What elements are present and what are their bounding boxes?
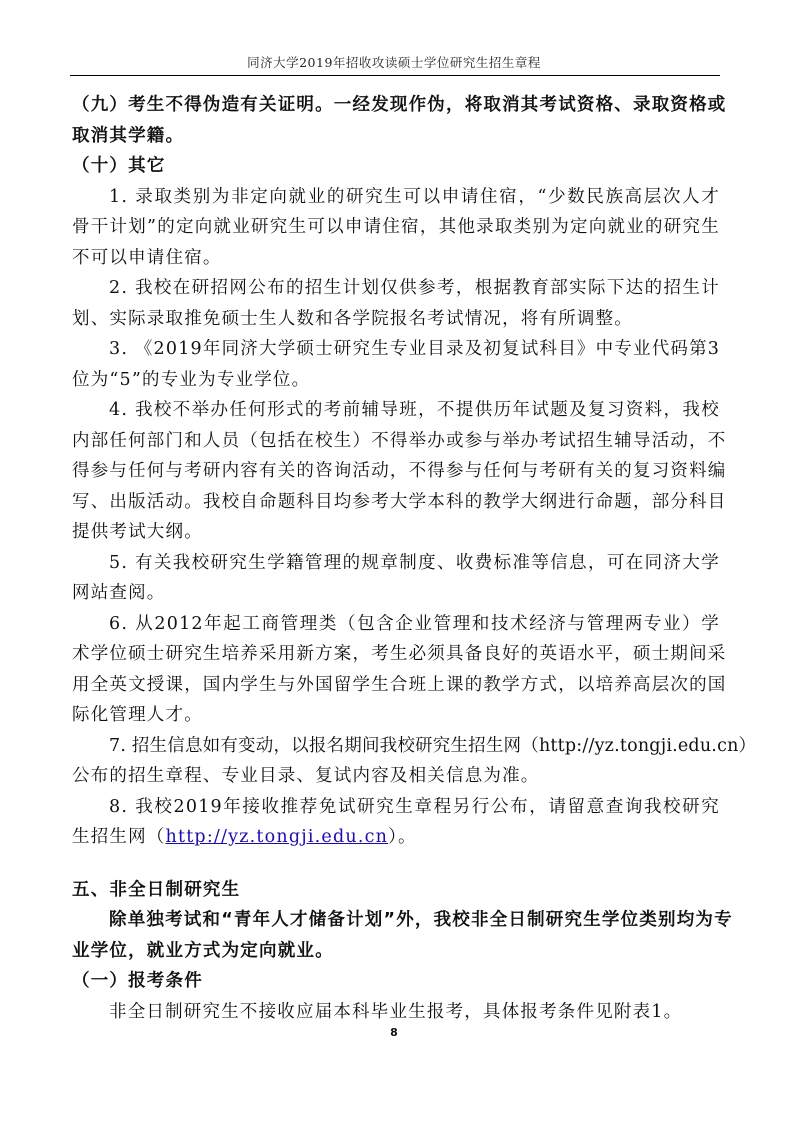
paragraph-line: 划、实际录取推免硕士生人数和各学院报名考试情况，将有所调整。 <box>72 304 720 335</box>
paragraph-line: 术学位硕士研究生培养采用新方案，考生必须具备良好的英语水平，硕士期间采 <box>72 639 720 670</box>
paragraph-line: 8. 我校2019年接收推荐免试研究生章程另行公布，请留意查询我校研究 <box>72 792 720 823</box>
text-prefix: 生招生网（ <box>72 827 166 847</box>
paragraph-line: 生招生网（http://yz.tongji.edu.cn）。 <box>72 822 720 853</box>
paragraph-line: 内部任何部门和人员（包括在校生）不得举办或参与举办考试招生辅导活动，不 <box>72 426 720 457</box>
section-nine-heading: （九）考生不得伪造有关证明。一经发现作伪，将取消其考试资格、录取资格或 取消其学… <box>72 90 720 151</box>
paragraph-line: 用全英文授课，国内学生与外国留学生合班上课的教学方式，以培养高层次的国 <box>72 670 720 701</box>
paragraph-line: 3. 《2019年同济大学硕士研究生专业目录及初复试科目》中专业代码第3 <box>72 334 720 365</box>
list-item: 5. 有关我校研究生学籍管理的规章制度、收费标准等信息，可在同济大学 网站查阅。 <box>72 548 720 609</box>
paragraph-line: 公布的招生章程、专业目录、复试内容及相关信息为准。 <box>72 761 720 792</box>
list-item: 4. 我校不举办任何形式的考前辅导班，不提供历年试题及复习资料，我校 内部任何部… <box>72 395 720 548</box>
paragraph-line: 6. 从2012年起工商管理类（包含企业管理和技术经济与管理两专业）学 <box>72 609 720 640</box>
paragraph-line: 写、出版活动。我校自命题科目均参考大学本科的教学大纲进行命题，部分科目 <box>72 487 720 518</box>
section-five-heading: 五、非全日制研究生 <box>72 875 720 906</box>
paragraph-line: 网站查阅。 <box>72 578 720 609</box>
page-header-title: 同济大学2019年招收攻读硕士学位研究生招生章程 <box>0 53 788 71</box>
paragraph-line: 1. 录取类别为非定向就业的研究生可以申请住宿，“少数民族高层次人才 <box>72 182 720 213</box>
heading-line: （九）考生不得伪造有关证明。一经发现作伪，将取消其考试资格、录取资格或 <box>72 90 720 121</box>
paragraph-line: 2. 我校在研招网公布的招生计划仅供参考，根据教育部实际下达的招生计 <box>72 273 720 304</box>
paragraph-line: 业学位，就业方式为定向就业。 <box>72 936 720 967</box>
paragraph-line: 非全日制研究生不接收应届本科毕业生报考，具体报考条件见附表1。 <box>72 997 720 1028</box>
list-item: 7. 招生信息如有变动，以报名期间我校研究生招生网（http://yz.tong… <box>72 731 720 792</box>
text-suffix: ）。 <box>388 827 417 847</box>
spacer <box>72 853 720 875</box>
header-divider <box>70 75 720 76</box>
paragraph-line: 不可以申请住宿。 <box>72 243 720 274</box>
admissions-website-link[interactable]: http://yz.tongji.edu.cn <box>166 827 389 847</box>
paragraph-line: 4. 我校不举办任何形式的考前辅导班，不提供历年试题及复习资料，我校 <box>72 395 720 426</box>
paragraph-line: 际化管理人才。 <box>72 700 720 731</box>
section-five-intro: 除单独考试和“青年人才储备计划”外，我校非全日制研究生学位类别均为专 业学位，就… <box>72 905 720 966</box>
list-item: 3. 《2019年同济大学硕士研究生专业目录及初复试科目》中专业代码第3 位为“… <box>72 334 720 395</box>
heading-line: 取消其学籍。 <box>72 121 720 152</box>
list-item: 6. 从2012年起工商管理类（包含企业管理和技术经济与管理两专业）学 术学位硕… <box>72 609 720 731</box>
paragraph-line: 骨干计划”的定向就业研究生可以申请住宿，其他录取类别为定向就业的研究生 <box>72 212 720 243</box>
page-number: 8 <box>0 1026 788 1039</box>
list-item: 8. 我校2019年接收推荐免试研究生章程另行公布，请留意查询我校研究 生招生网… <box>72 792 720 853</box>
paragraph-line: 除单独考试和“青年人才储备计划”外，我校非全日制研究生学位类别均为专 <box>72 905 720 936</box>
list-item: 2. 我校在研招网公布的招生计划仅供参考，根据教育部实际下达的招生计 划、实际录… <box>72 273 720 334</box>
paragraph-line: 位为“5”的专业为专业学位。 <box>72 365 720 396</box>
list-item: 1. 录取类别为非定向就业的研究生可以申请住宿，“少数民族高层次人才 骨干计划”… <box>72 182 720 274</box>
paragraph-line: 得参与任何与考研内容有关的咨询活动，不得参与任何与考研有关的复习资料编 <box>72 456 720 487</box>
paragraph-line: 7. 招生信息如有变动，以报名期间我校研究生招生网（http://yz.tong… <box>72 731 720 762</box>
paragraph-line: 5. 有关我校研究生学籍管理的规章制度、收费标准等信息，可在同济大学 <box>72 548 720 579</box>
document-body: （九）考生不得伪造有关证明。一经发现作伪，将取消其考试资格、录取资格或 取消其学… <box>72 90 720 1027</box>
section-ten-heading: （十）其它 <box>72 151 720 182</box>
subsection-heading: （一）报考条件 <box>72 966 720 997</box>
paragraph-line: 提供考试大纲。 <box>72 517 720 548</box>
